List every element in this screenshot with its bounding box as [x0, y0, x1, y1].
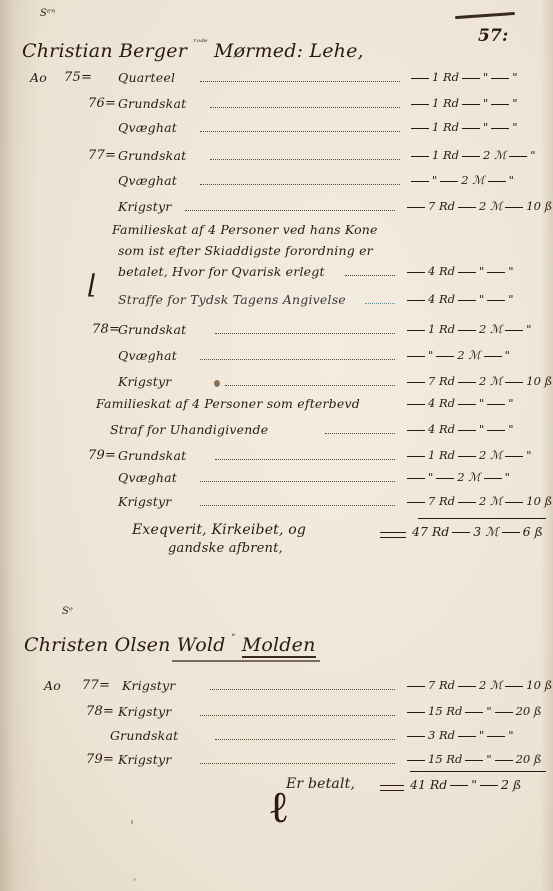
double-rule [380, 785, 404, 791]
entry-amounts: 7 Rd2 ℳ10 ß [404, 199, 552, 213]
section-2-total: 41 Rd"2 ß [410, 777, 521, 792]
ink-stain [214, 380, 220, 387]
entry-item: Familieskat af 4 Personer ved hans Kone [112, 222, 378, 237]
entry-prefix: Ao [30, 70, 47, 85]
leader-dots [210, 689, 395, 690]
entry-year: 79= [88, 448, 116, 463]
entry-year: 77= [88, 148, 116, 163]
entry-amounts: 1 Rd"" [408, 120, 518, 134]
heading-prefix: Sᵉ [62, 606, 73, 617]
entry-amounts: 1 Rd2 ℳ" [404, 322, 532, 336]
leader-dots [215, 333, 395, 334]
leader-dots [365, 303, 395, 304]
entry-item: Qvæghat [118, 120, 177, 135]
section-1-heading: Christian Berger ʳᵒᵈᵉ Mørmed: Lehe, [22, 38, 364, 62]
entry-amounts: 1 Rd"" [408, 70, 518, 84]
person-name: Christen Olsen [24, 634, 171, 656]
summary-note-line1: Exeqverit, Kirkeibet, og [132, 522, 306, 538]
entry-item: Qvæghat [118, 348, 177, 363]
entry-amounts: 4 Rd"" [404, 396, 514, 410]
entry-item: Qvæghat [118, 470, 177, 485]
ledger-page: 57: Sᵉⁿ Christian Berger ʳᵒᵈᵉ Mørmed: Le… [0, 0, 553, 891]
leader-dots [200, 359, 395, 360]
place-name: Mørmed: Lehe, [214, 40, 364, 62]
entry-item: Krigstyr [118, 494, 171, 509]
entry-item: Krigstyr [118, 752, 171, 767]
entry-amounts: "2 ℳ" [404, 470, 510, 484]
leader-dots [325, 433, 395, 434]
entry-item: Grundskat [110, 728, 178, 743]
leader-dots [225, 385, 395, 386]
entry-amounts: "2 ℳ" [404, 348, 510, 362]
entry-amounts: 15 Rd"20 ß [404, 704, 542, 718]
entry-item: Grundskat [118, 96, 186, 111]
heading-underline [172, 660, 320, 662]
entry-amounts: 7 Rd2 ℳ10 ß [404, 494, 552, 508]
leader-dots [200, 505, 395, 506]
place-emphasis: Molden [242, 634, 316, 658]
summary-note-line2: gandske afbrent, [168, 541, 283, 556]
paper-speck [133, 878, 136, 881]
entry-year: 75= [64, 70, 92, 85]
entry-item: Grundskat [118, 148, 186, 163]
bracket-mark: ⌊ [88, 270, 98, 300]
entry-prefix: Ao [44, 678, 61, 693]
leader-dots [200, 763, 395, 764]
page-number: 57: [478, 26, 509, 46]
leader-dots [215, 739, 395, 740]
entry-item: Straffe for Tydsk Tagens Angivelse [118, 292, 346, 307]
place-superscript: ᵉ [232, 632, 236, 642]
entry-year: 79= [86, 752, 114, 767]
entry-item-continuation: som ist efter Skiaddigste forordning er [118, 243, 373, 258]
paper-speck [131, 820, 133, 824]
heading-prefix: Sᵉⁿ [40, 8, 55, 19]
entry-item: Grundskat [118, 448, 186, 463]
leader-dots [200, 184, 400, 185]
leader-dots [210, 107, 400, 108]
entry-item: Grundskat [118, 322, 186, 337]
entry-year: 77= [82, 678, 110, 693]
entry-year: 78= [86, 704, 114, 719]
place-name: Wold [177, 634, 226, 656]
entry-year: 78= [92, 322, 120, 337]
summary-note-line1: Er betalt, [286, 776, 355, 792]
entry-item: Krigstyr [122, 678, 175, 693]
section-1-total: 47 Rd3 ℳ6 ß [412, 524, 543, 539]
section-2-heading: Christen Olsen Wold ᵉ Molden [24, 632, 316, 656]
entry-item-continuation: betalet, Hvor for Qvarisk erlegt [118, 264, 325, 279]
entry-item: Straf for Uhandigivende [110, 422, 268, 437]
double-rule [380, 532, 406, 538]
entry-amounts: 1 Rd2 ℳ" [408, 148, 536, 162]
entry-item: Quarteel [118, 70, 175, 85]
place-superscript: ʳᵒᵈᵉ [193, 38, 207, 48]
entry-amounts: "2 ℳ" [408, 173, 514, 187]
leader-dots [215, 459, 395, 460]
entry-amounts: 7 Rd2 ℳ10 ß [404, 374, 552, 388]
leader-dots [200, 715, 395, 716]
entry-item: Krigstyr [118, 374, 171, 389]
leader-dots [200, 131, 400, 132]
entry-year: 76= [88, 96, 116, 111]
entry-amounts: 1 Rd"" [408, 96, 518, 110]
entry-item: Familieskat af 4 Personer som efterbevd [96, 396, 360, 411]
leader-dots [210, 159, 400, 160]
entry-item: Krigstyr [118, 199, 171, 214]
leader-dots [200, 81, 400, 82]
total-rule [418, 518, 546, 519]
entry-amounts: 4 Rd"" [404, 422, 514, 436]
entry-amounts: 4 Rd"" [404, 264, 514, 278]
entry-item: Krigstyr [118, 704, 171, 719]
entry-amounts: 4 Rd"" [404, 292, 514, 306]
leader-dots [345, 275, 395, 276]
total-rule [410, 771, 546, 772]
flourish-mark: ℓ [268, 782, 289, 833]
entry-amounts: 3 Rd"" [404, 728, 514, 742]
leader-dots [200, 481, 395, 482]
entry-amounts: 7 Rd2 ℳ10 ß [404, 678, 552, 692]
leader-dots [185, 210, 395, 211]
entry-amounts: 1 Rd2 ℳ" [404, 448, 532, 462]
person-name: Christian Berger [22, 40, 187, 62]
entry-amounts: 15 Rd"20 ß [404, 752, 542, 766]
entry-item: Qvæghat [118, 173, 177, 188]
page-number-stroke [455, 12, 515, 19]
